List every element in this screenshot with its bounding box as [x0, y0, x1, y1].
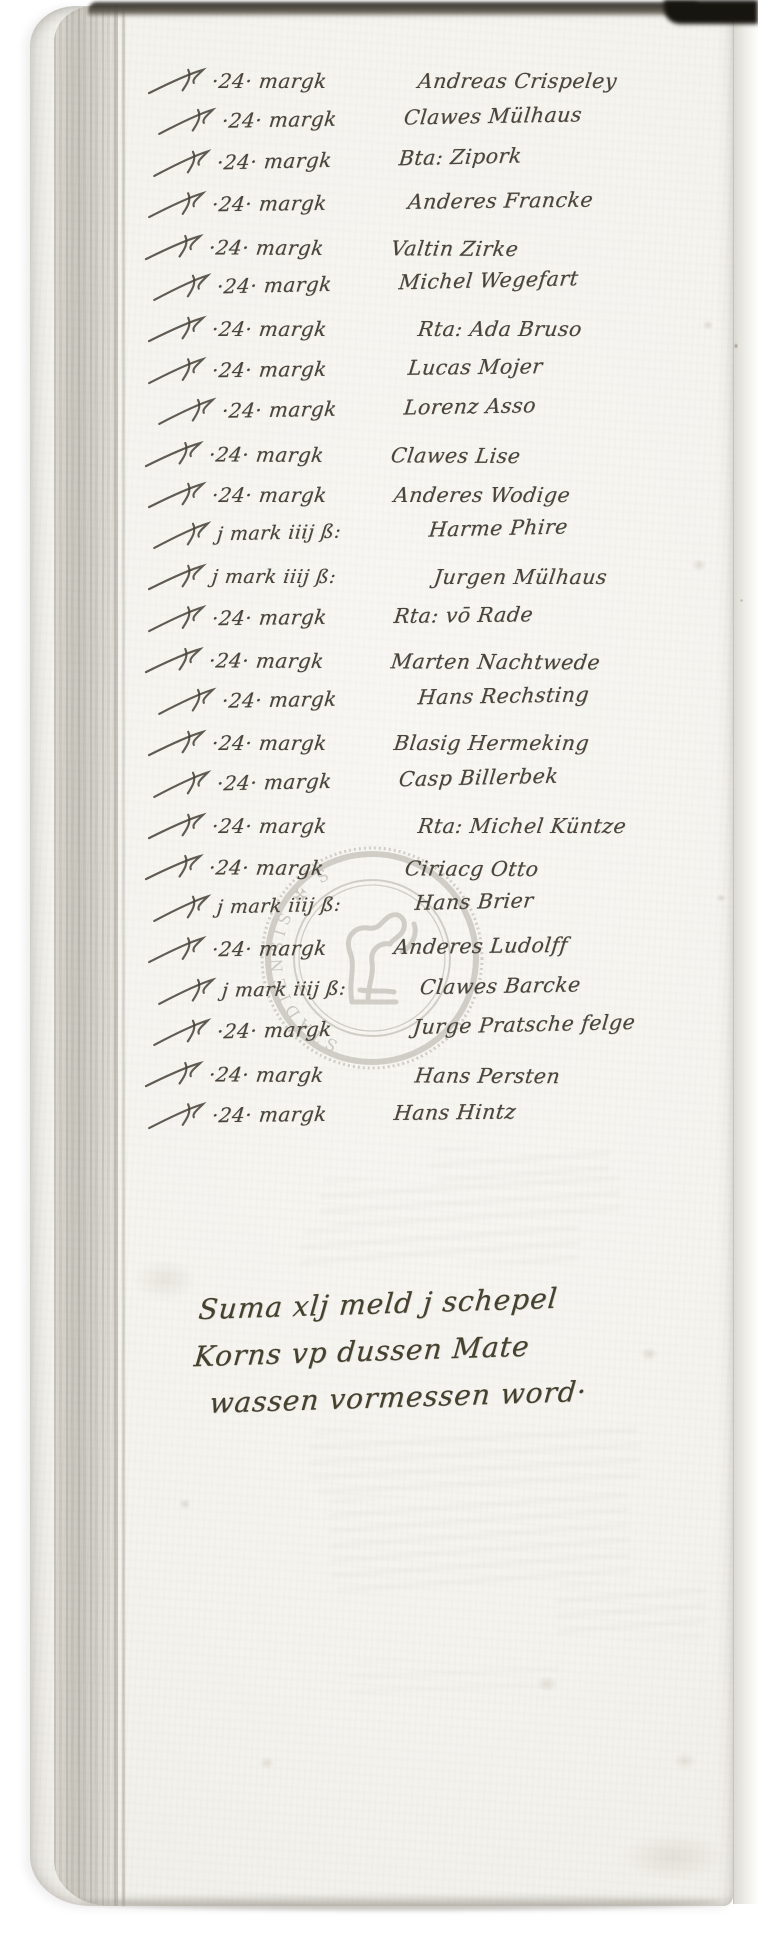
entry-payer: Andreas Crispeley — [417, 69, 619, 93]
entry-amount: ·24· margk — [211, 483, 384, 507]
item-paraph-icon — [143, 1060, 205, 1088]
item-paraph-icon — [151, 272, 214, 301]
entry-payer: Rta: Michel Küntze — [417, 814, 628, 838]
entry-amount: ·24· margk — [211, 935, 384, 961]
entry-payer: Rta: Ada Bruso — [417, 317, 584, 341]
item-paraph-icon — [146, 67, 208, 95]
entry-amount: j mark iiij ß: — [211, 566, 400, 588]
ledger-entry-list: ·24· margkAndreas Crispeley ·24· margkCl… — [146, 60, 731, 1136]
entry-amount: ·24· margk — [207, 648, 380, 673]
item-paraph-icon — [146, 356, 208, 385]
item-paraph-icon — [143, 232, 205, 260]
summary-paragraph: Suma xlj meld j schepel Korns vp dussen … — [198, 1274, 588, 1427]
entry-amount: ·24· margk — [207, 442, 380, 467]
item-paraph-icon — [146, 315, 208, 343]
entry-amount: ·24· margk — [207, 855, 380, 880]
entry-amount: ·24· margk — [207, 1062, 380, 1087]
item-paraph-icon — [143, 439, 205, 467]
entry-payer: Jurgen Mülhaus — [433, 565, 609, 589]
item-paraph-icon — [146, 812, 208, 840]
ledger-entry: ·24· margkClawes Lise — [143, 433, 728, 477]
item-paraph-icon — [151, 893, 214, 922]
book-spine-edge — [54, 6, 118, 1906]
item-paraph-icon — [156, 686, 218, 715]
ledger-entry: ·24· margkAnderes Francke — [146, 177, 731, 226]
entry-amount: ·24· margk — [216, 270, 388, 298]
item-paraph-icon — [146, 481, 208, 509]
entry-payer: Lorenz Asso — [403, 393, 538, 419]
entry-payer: Blasig Hermeking — [393, 731, 591, 755]
entry-amount: ·24· margk — [216, 146, 388, 174]
entry-amount: ·24· margk — [211, 356, 384, 382]
item-paraph-icon — [146, 1101, 208, 1130]
item-paraph-icon — [156, 976, 218, 1005]
item-paraph-icon — [146, 604, 208, 633]
entry-payer: Clawes Lise — [389, 442, 522, 467]
entry-amount: ·24· margk — [221, 395, 394, 422]
entry-payer: Jurge Pratsche felge — [412, 1010, 637, 1039]
item-paraph-icon — [146, 935, 208, 964]
entry-amount: ·24· margk — [211, 731, 384, 755]
ledger-entry: ·24· margkRta: vō Rade — [146, 591, 731, 640]
underlying-page-edges — [733, 8, 758, 1904]
entry-amount: ·24· margk — [211, 604, 384, 630]
binding-groove — [122, 6, 125, 1906]
ledger-entry: ·24· margkRta: Michel Küntze — [146, 805, 731, 846]
entry-amount: ·24· margk — [211, 190, 384, 216]
entry-payer: Marten Nachtwede — [389, 649, 601, 674]
item-paraph-icon — [151, 520, 214, 549]
entry-amount: ·24· margk — [221, 685, 394, 712]
item-paraph-icon — [151, 1017, 214, 1046]
item-paraph-icon — [151, 148, 214, 177]
entry-payer: Clawes Mülhaus — [403, 102, 584, 129]
entry-payer: Lucas Mojer — [407, 354, 544, 380]
entry-payer: Hans Brier — [414, 888, 535, 915]
entry-amount: ·24· margk — [207, 235, 380, 260]
entry-payer: Hans Persten — [413, 1063, 561, 1088]
page-bottom-edge — [80, 1894, 720, 1910]
top-right-shadow — [664, 0, 758, 24]
ledger-entry: ·24· margkHans Hintz — [146, 1088, 731, 1137]
entry-amount: ·24· margk — [211, 1101, 384, 1127]
page-top-dark-edge — [88, 2, 698, 17]
item-paraph-icon — [156, 397, 218, 426]
entry-payer: Anderes Wodige — [393, 483, 572, 507]
ledger-entry: ·24· margkLorenz Asso — [156, 381, 742, 433]
item-paraph-icon — [143, 853, 205, 881]
entry-payer: Casp Billerbek — [398, 763, 560, 791]
item-paraph-icon — [143, 646, 205, 674]
item-paraph-icon — [146, 563, 208, 591]
entry-payer: Ciriacg Otto — [403, 856, 540, 881]
entry-payer: Michel Wegefart — [398, 266, 580, 294]
item-paraph-icon — [146, 190, 208, 219]
entry-payer: Hans Hintz — [393, 1099, 518, 1125]
entry-payer: Valtin Zirke — [389, 236, 519, 261]
entry-amount: ·24· margk — [216, 1015, 388, 1043]
entry-payer: Anderes Ludolff — [393, 933, 569, 959]
entry-amount: ·24· margk — [211, 69, 384, 93]
entry-amount: ·24· margk — [211, 814, 384, 838]
manuscript-scan: STADIENSIS ✠ S ·24· margkAndreas Crispel… — [0, 0, 758, 1934]
entry-payer: Rta: vō Rade — [393, 602, 535, 628]
item-paraph-icon — [146, 729, 208, 757]
entry-amount: ·24· margk — [221, 106, 394, 133]
entry-amount: ·24· margk — [211, 317, 384, 341]
entry-payer: Bta: Zipork — [398, 143, 523, 170]
entry-payer: Anderes Francke — [407, 187, 595, 213]
entry-amount: j mark iiij ß: — [216, 892, 404, 918]
item-paraph-icon — [156, 107, 218, 136]
entry-amount: j mark iiij ß: — [216, 519, 404, 545]
entry-payer: Hans Rechsting — [417, 682, 591, 709]
entry-amount: j mark iiij ß: — [221, 976, 409, 1001]
entry-amount: ·24· margk — [216, 767, 388, 795]
entry-payer: Clawes Barcke — [419, 972, 582, 999]
entry-payer: Harme Phire — [428, 514, 569, 541]
item-paraph-icon — [151, 769, 214, 798]
